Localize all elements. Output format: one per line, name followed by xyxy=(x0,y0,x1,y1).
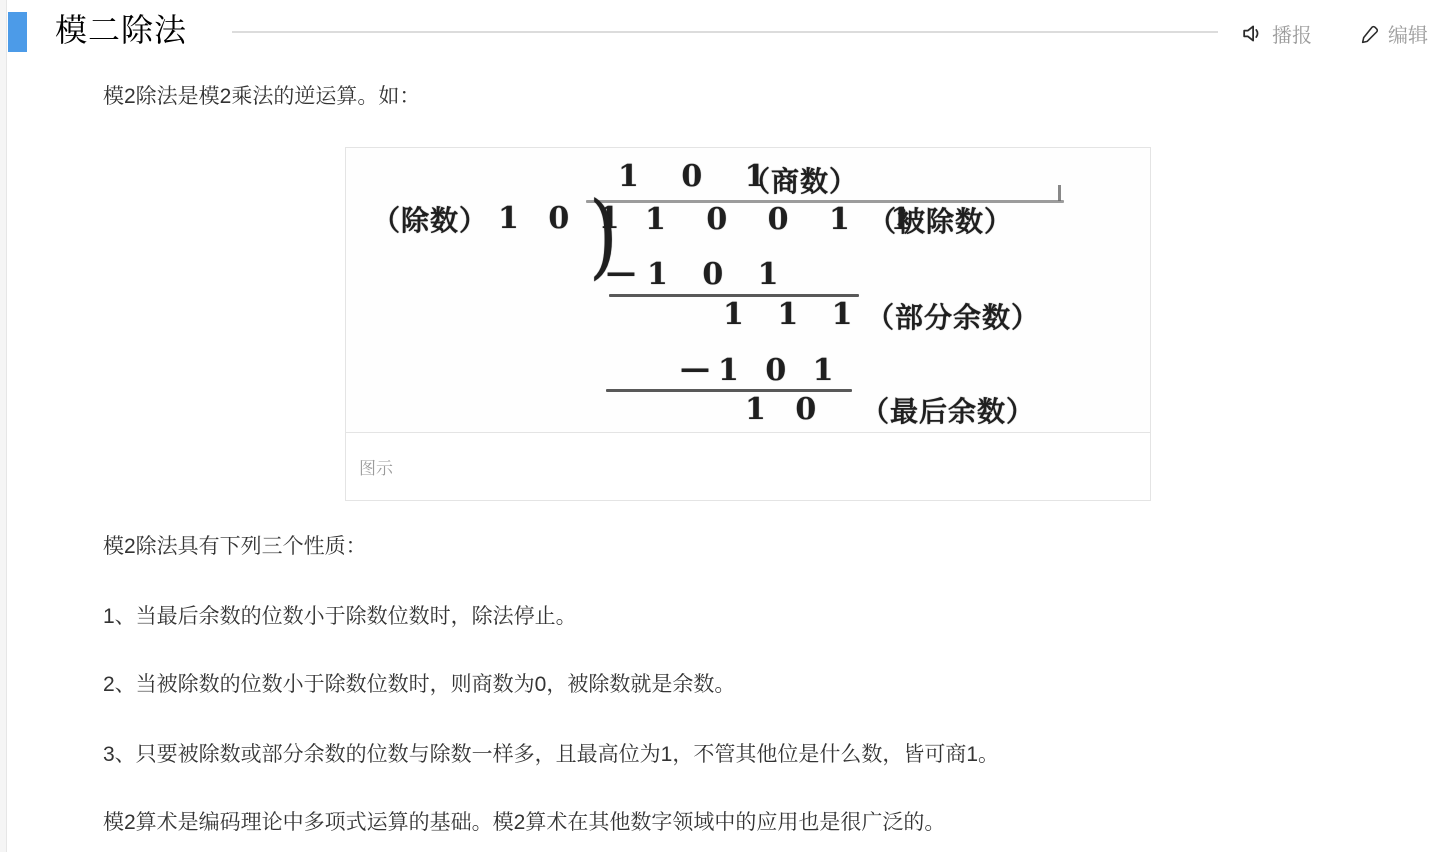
rule-end-tick xyxy=(1058,185,1061,201)
edit-button[interactable]: 编辑 xyxy=(1359,19,1428,48)
intro-paragraph: 模2除法是模2乘法的逆运算。如： xyxy=(103,82,420,112)
paragraph-property-2: 2、当被除数的位数小于除数位数时，则商数为0，被除数就是余数。 xyxy=(103,670,735,700)
quotient-label: （商数） xyxy=(742,168,858,196)
partial-remainder-digits: 1 1 1 xyxy=(723,300,853,330)
page: 模二除法 播报 编辑 模2除法是模2乘法的逆运算。如： 1 xyxy=(0,0,1445,852)
paragraph-property-3: 3、只要被除数或部分余数的位数与除数一样多，且最高位为1，不管其他位是什么数，皆… xyxy=(103,740,999,770)
speaker-icon xyxy=(1240,21,1265,46)
subtrahend2-digits: 1 0 1 xyxy=(718,356,834,386)
paragraph-summary: 模2算术是编码理论中多项式运算的基础。模2算术在其他数字领域中的应用也是很广泛的… xyxy=(103,808,945,838)
figure-block: 1 0 1 （商数） （除数） 1 0 1 ) 1 0 0 1 1 （被除数） … xyxy=(345,147,1151,501)
title-accent-bar xyxy=(8,12,27,52)
page-left-edge xyxy=(0,0,7,852)
paragraph-properties-intro: 模2除法具有下列三个性质： xyxy=(103,532,367,562)
minus-sign-2: — xyxy=(680,354,710,384)
minus-sign-1: — xyxy=(606,258,636,288)
paragraph-property-1: 1、当最后余数的位数小于除数位数时，除法停止。 xyxy=(103,602,577,632)
figure-caption: 图示 xyxy=(346,432,1150,500)
broadcast-button[interactable]: 播报 xyxy=(1240,19,1312,48)
broadcast-label: 播报 xyxy=(1272,19,1312,48)
dividend-label: （被除数） xyxy=(868,208,1013,236)
edit-label: 编辑 xyxy=(1388,19,1428,48)
subtrahend1-digits: 1 0 1 xyxy=(647,260,779,290)
divisor-label: （除数） xyxy=(372,207,488,235)
header-actions: 播报 编辑 xyxy=(1240,19,1428,48)
partial-remainder-label: （部分余数） xyxy=(866,304,1040,332)
final-remainder-digits: 1 0 xyxy=(745,395,816,425)
page-title: 模二除法 xyxy=(55,8,187,52)
pencil-icon xyxy=(1359,23,1381,45)
title-divider xyxy=(232,31,1218,33)
division-image[interactable]: 1 0 1 （商数） （除数） 1 0 1 ) 1 0 0 1 1 （被除数） … xyxy=(346,148,1150,432)
final-remainder-label: （最后余数） xyxy=(861,398,1035,426)
